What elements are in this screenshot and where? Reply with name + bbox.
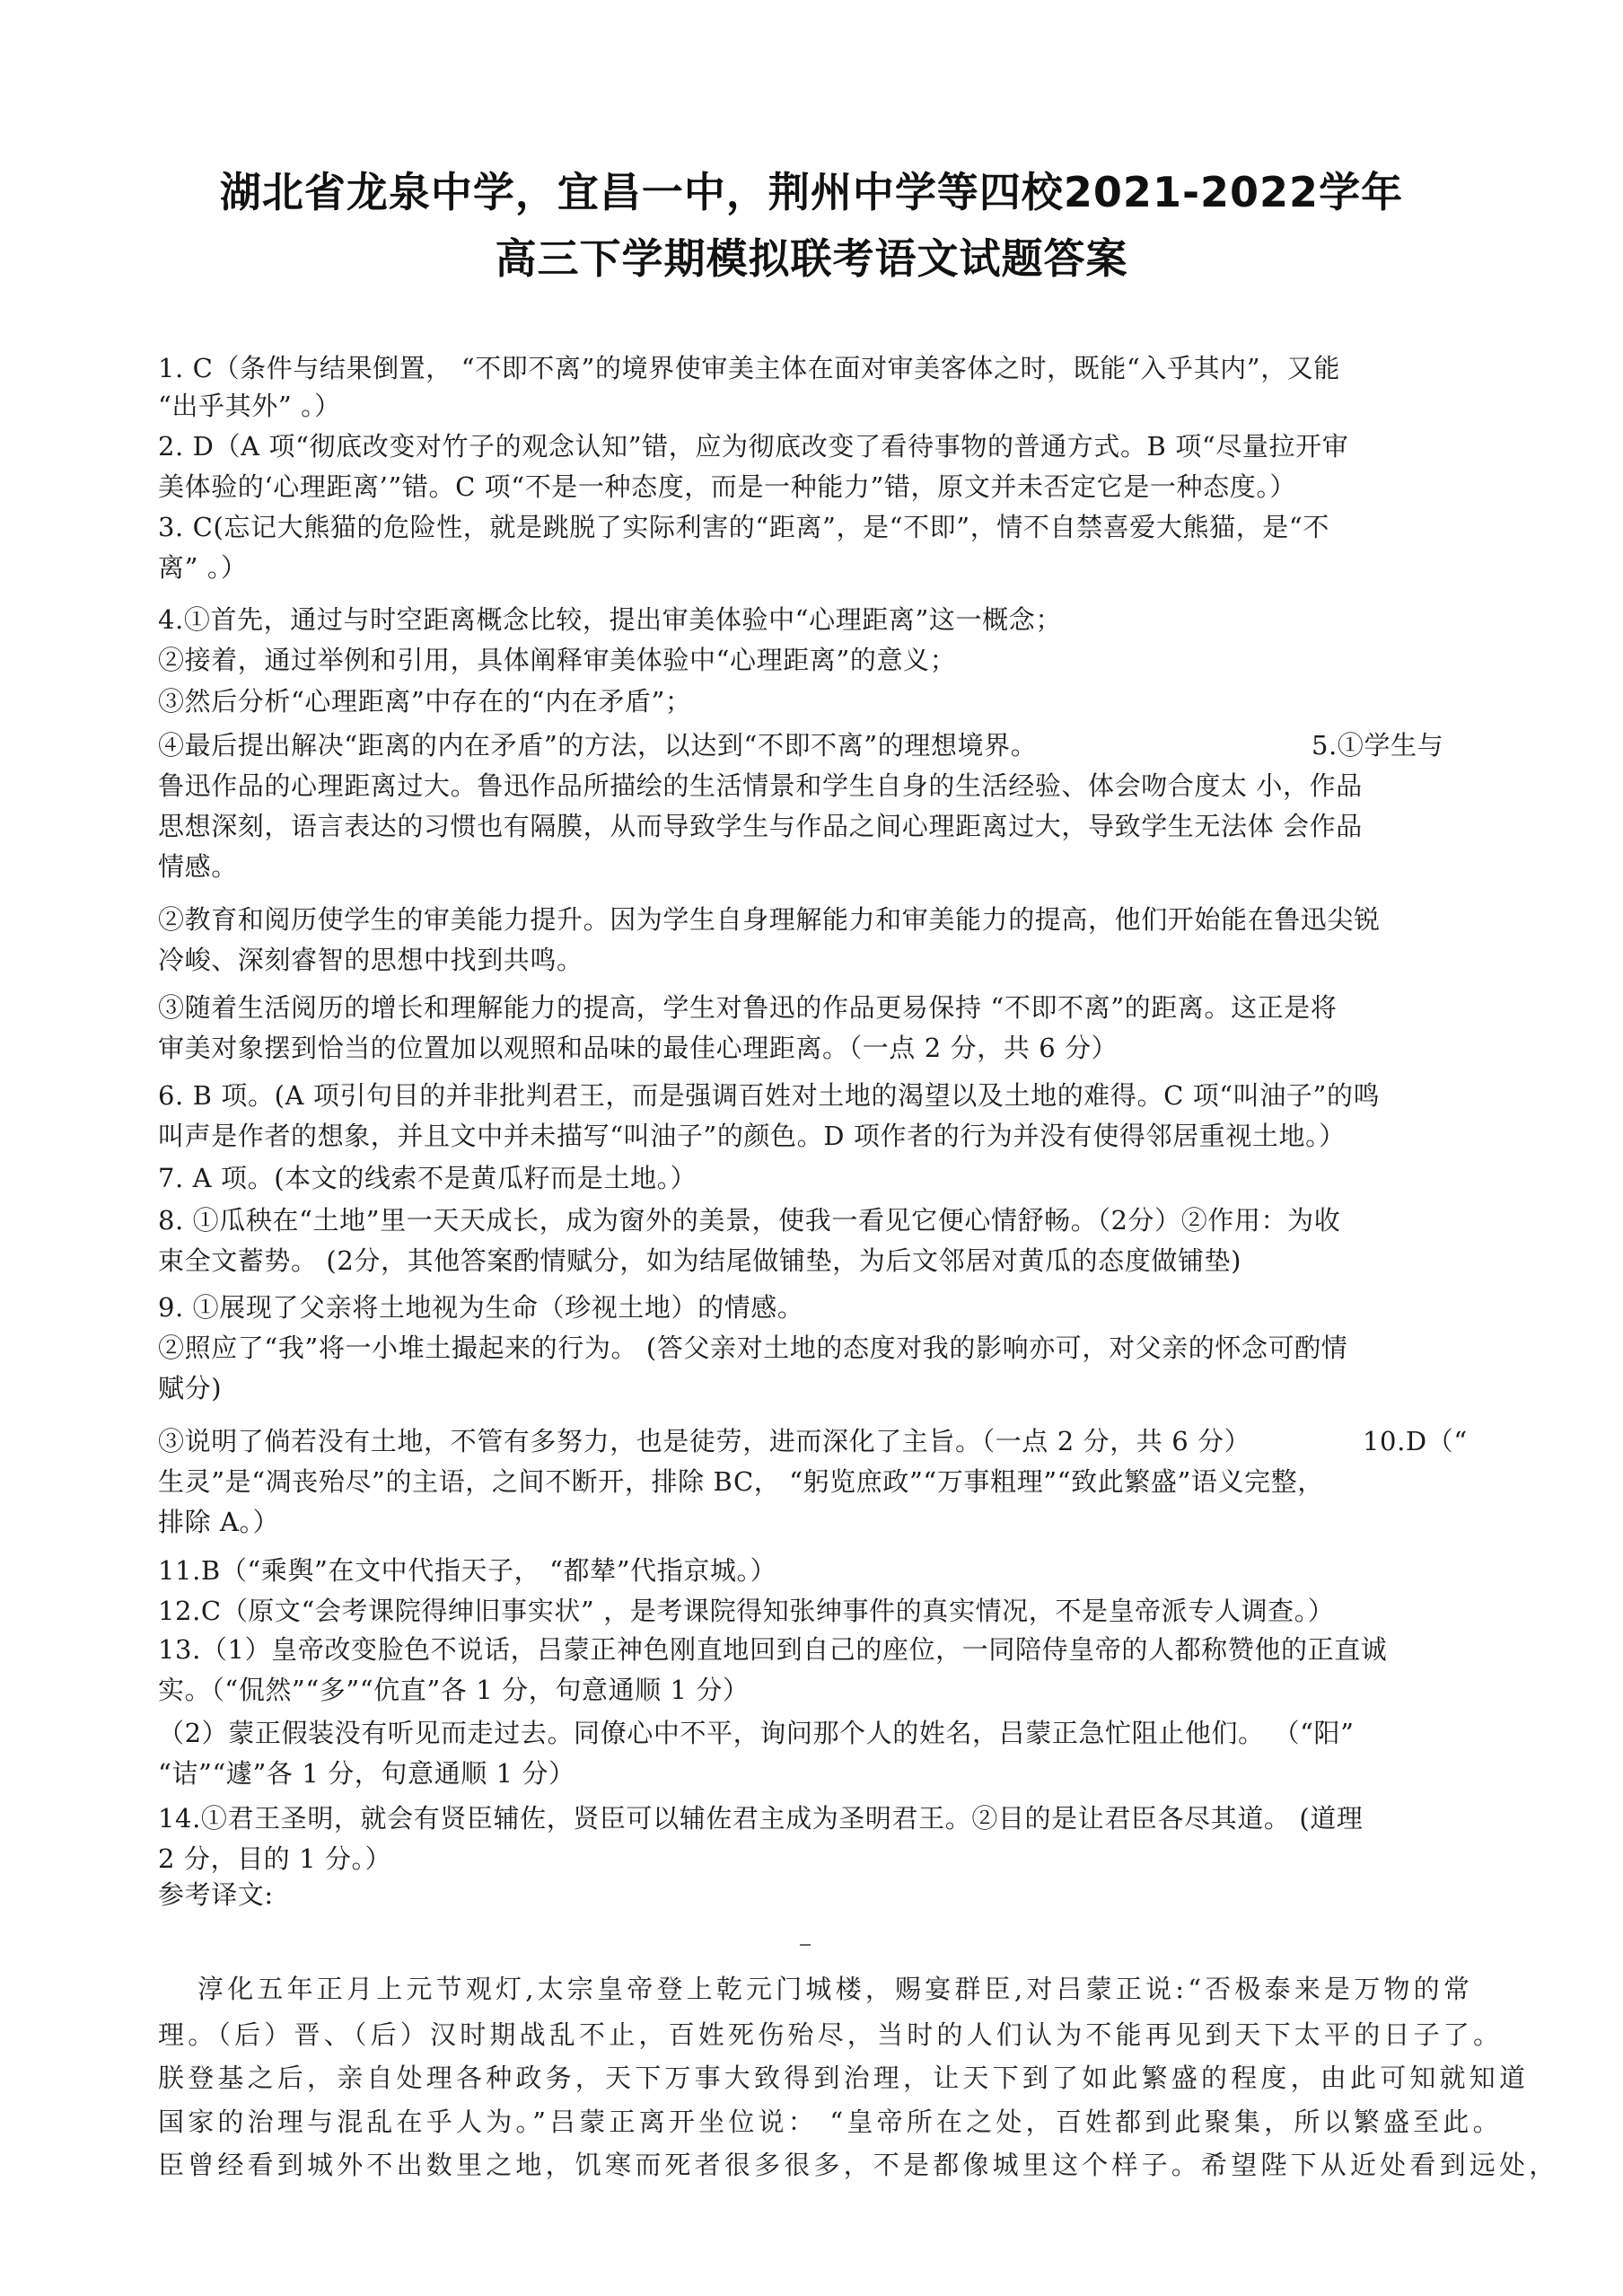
answer-3-line-1: 3. C(忘记大熊猫的危险性，就是跳脱了实际利害的“距离”，是“不即”，情不自禁…: [158, 511, 1329, 543]
answer-2-line-2: 美体验的‘心理距离’”错。C 项“不是一种态度，而是一种能力”错，原文并未否定它…: [158, 471, 1296, 503]
answer-5-line-6: ③随着生活阅历的增长和理解能力的提高，学生对鲁迅的作品更易保持 “不即不离”的距…: [158, 991, 1337, 1024]
document-title-line-1: 湖北省龙泉中学，宜昌一中，荆州中学等四校2021-2022学年: [0, 160, 1623, 219]
answer-5-line-5: 冷峻、深刻睿智的思想中找到共鸣。: [158, 944, 583, 976]
document-page: 湖北省龙泉中学，宜昌一中，荆州中学等四校2021-2022学年 高三下学期模拟联…: [0, 0, 1623, 2296]
answer-4-line-4: ④最后提出解决“距离的内在矛盾”的方法，以达到“不即不离”的理想境界。: [158, 729, 1037, 761]
answer-10-line-2: 排除 A。）: [158, 1506, 279, 1538]
answer-5-line-7: 审美对象摆到恰当的位置加以观照和品味的最佳心理距离。（一点 2 分，共 6 分）: [158, 1032, 1118, 1064]
translation-line-2: 理。（后）晋、（后）汉时期战乱不止，百姓死伤殆尽，当时的人们认为不能再见到天下太…: [158, 2019, 1503, 2051]
answer-5-start: 5.①学生与: [1312, 729, 1443, 761]
page-separator-mark: [800, 1944, 811, 1946]
answer-6-line-1: 6. B 项。(A 项引句目的并非批判君王，而是强调百姓对土地的渴望以及土地的难…: [158, 1079, 1380, 1112]
answer-10-start: 10.D（“: [1363, 1425, 1468, 1457]
answer-4-line-3: ③然后分析“心理距离”中存在的“内在矛盾”；: [158, 685, 692, 717]
document-title-line-2: 高三下学期模拟联考语文试题答案: [0, 226, 1623, 286]
answer-1-line-1: 1. C（条件与结果倒置， “不即不离”的境界使审美主体在面对审美客体之时，既能…: [158, 352, 1340, 384]
answer-13-line-2: 实。（“侃然”“多”“伉直”各 1 分，句意通顺 1 分）: [158, 1674, 750, 1706]
answer-1-line-2: “出乎其外” 。）: [158, 390, 341, 422]
answer-13-line-1: 13.（1）皇帝改变脸色不说话，吕蒙正神色刚直地回到自己的座位，一同陪侍皇帝的人…: [158, 1633, 1387, 1666]
answer-12-line-1: 12.C（原文“会考课院得绅旧事实状” ，是考课院得知张绅事件的真实情况，不是皇…: [158, 1595, 1334, 1627]
answer-4-line-2: ②接着，通过举例和引用，具体阐释审美体验中“心理距离”的意义；: [158, 644, 956, 676]
answer-14-line-1: 14.①君王圣明，就会有贤臣辅佐，贤臣可以辅佐君主成为圣明君王。②目的是让君臣各…: [158, 1802, 1363, 1834]
answer-9-line-2: ②照应了“我”将一小堆土撮起来的行为。 (答父亲对土地的态度对我的影响亦可，对父…: [158, 1332, 1347, 1364]
answer-13-line-4: “诘”“遽”各 1 分，句意通顺 1 分）: [158, 1757, 575, 1790]
answer-4-line-1: 4.①首先，通过与时空距离概念比较，提出审美体验中“心理距离”这一概念；: [158, 603, 1062, 636]
answer-9-line-4: ③说明了倘若没有土地，不管有多努力，也是徒劳，进而深化了主旨。（一点 2 分，共…: [158, 1425, 1250, 1457]
answer-5-line-3: 情感。: [158, 850, 238, 883]
answer-5-line-1: 鲁迅作品的心理距离过大。鲁迅作品所描绘的生活情景和学生自身的生活经验、体会吻合度…: [158, 770, 1363, 802]
answer-11-line-1: 11.B（“乘舆”在文中代指天子， “都辇”代指京城。）: [158, 1554, 776, 1587]
answer-5-line-4: ②教育和阅历使学生的审美能力提升。因为学生自身理解能力和审美能力的提高，他们开始…: [158, 903, 1381, 936]
answer-14-line-2: 2 分，目的 1 分。）: [158, 1843, 391, 1875]
translation-line-5: 臣曾经看到城外不出数里之地，饥寒而死者很多很多，不是都像城里这个样子。希望陛下从…: [158, 2149, 1558, 2181]
translation-line-1: 淳化五年正月上元节观灯,太宗皇帝登上乾元门城楼，赐宴群臣,对吕蒙正说:“否极泰来…: [197, 1973, 1473, 2005]
translation-line-4: 国家的治理与混乱在乎人为。”吕蒙正离开坐位说： “皇帝所在之处，百姓都到此聚集，…: [158, 2106, 1503, 2138]
answer-10-line-1: 生灵”是“凋丧殆尽”的主语，之间不断开，排除 BC， “躬览庶政”“万事粗理”“…: [158, 1465, 1324, 1498]
answer-5-line-2: 思想深刻，语言表达的习惯也有隔膜，从而导致学生与作品之间心理距离过大，导致学生无…: [158, 810, 1363, 842]
answer-13-line-3: （2）蒙正假装没有听见而走过去。同僚心中不平，询问那个人的姓名，吕蒙正急忙阻止他…: [158, 1717, 1355, 1749]
answer-9-line-3: 赋分): [158, 1372, 222, 1404]
answer-6-line-2: 叫声是作者的想象，并且文中并未描写“叫油子”的颜色。D 项作者的行为并没有使得邻…: [158, 1120, 1346, 1152]
answer-7-line-1: 7. A 项。(本文的线索不是黄瓜籽而是土地。）: [158, 1162, 697, 1194]
answer-8-line-1: 8. ①瓜秧在“土地”里一天天成长，成为窗外的美景，使我一看见它便心情舒畅。（2…: [158, 1204, 1340, 1236]
answer-8-line-2: 束全文蓄势。 (2分，其他答案酌情赋分，如为结尾做铺垫，为后文邻居对黄瓜的态度做…: [158, 1245, 1241, 1277]
answer-3-line-2: 离” 。）: [158, 551, 248, 584]
translation-line-3: 朕登基之后，亲自处理各种政务，天下万事大致得到治理，让天下到了如此繁盛的程度，由…: [158, 2062, 1529, 2094]
answer-2-line-1: 2. D（A 项“彻底改变对竹子的观念认知”错，应为彻底改变了看待事物的普通方式…: [158, 430, 1348, 462]
answer-9-line-1: 9. ①展现了父亲将土地视为生命（珍视土地）的情感。: [158, 1291, 804, 1324]
translation-heading: 参考译文:: [158, 1878, 274, 1911]
